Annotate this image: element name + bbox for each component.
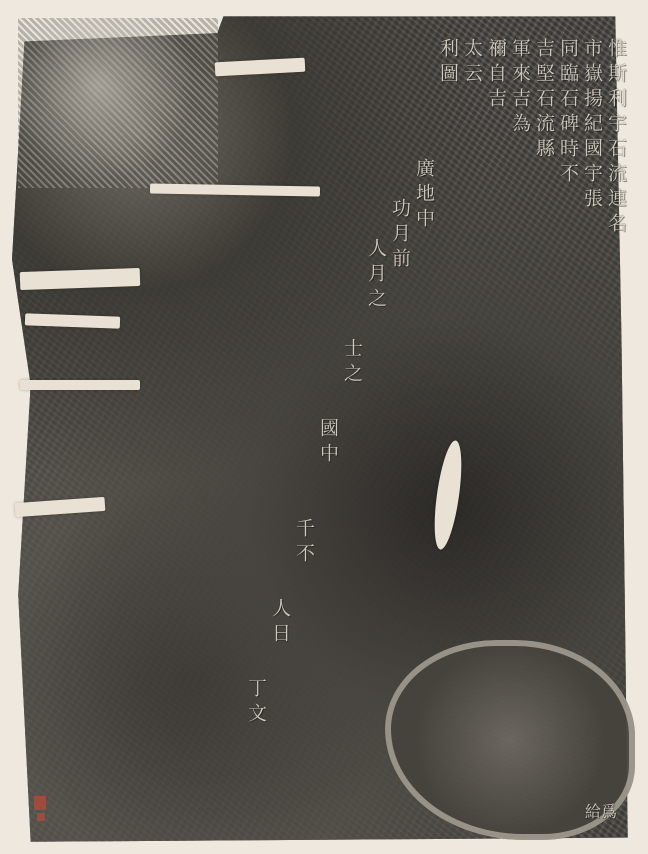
- inscription-column: 吉堅石流縣: [534, 38, 554, 828]
- inscription-column: 太云: [462, 38, 482, 828]
- inscription-column: 利圖: [438, 38, 458, 828]
- inscription-column: 軍來吉為: [510, 38, 530, 828]
- inscription-column: 惟斯利宇石流連名: [606, 38, 626, 828]
- red-seal-mark: [37, 813, 45, 821]
- bottom-right-characters: 給爲: [585, 800, 617, 824]
- inscription-column: 人日: [270, 38, 290, 828]
- paper-sheet: 惟斯利宇石流連名 市嶽揚紀國宇張 同臨石碑時不 吉堅石流縣 軍來吉為 禰自吉 太…: [0, 0, 648, 854]
- red-seal-mark: [34, 796, 46, 810]
- worn-area-top-left: [18, 18, 218, 188]
- paper-fold: [20, 380, 140, 390]
- inscription-column: 同臨石碑時不: [558, 38, 578, 828]
- inscription-column: 國中: [318, 38, 338, 828]
- inscription-column: 千不: [294, 38, 314, 828]
- inscription-column: 廣地中: [414, 38, 434, 828]
- inscription-column: 禰自吉: [486, 38, 506, 828]
- inscription-column: 功月前: [390, 38, 410, 828]
- inscription-column: 市嶽揚紀國宇張: [582, 38, 602, 828]
- inscription-column: 人月之: [366, 38, 386, 828]
- inscription-columns: 惟斯利宇石流連名 市嶽揚紀國宇張 同臨石碑時不 吉堅石流縣 軍來吉為 禰自吉 太…: [246, 38, 626, 828]
- inscription-column: 士之: [342, 38, 362, 828]
- inscription-column: 丁文: [246, 38, 266, 828]
